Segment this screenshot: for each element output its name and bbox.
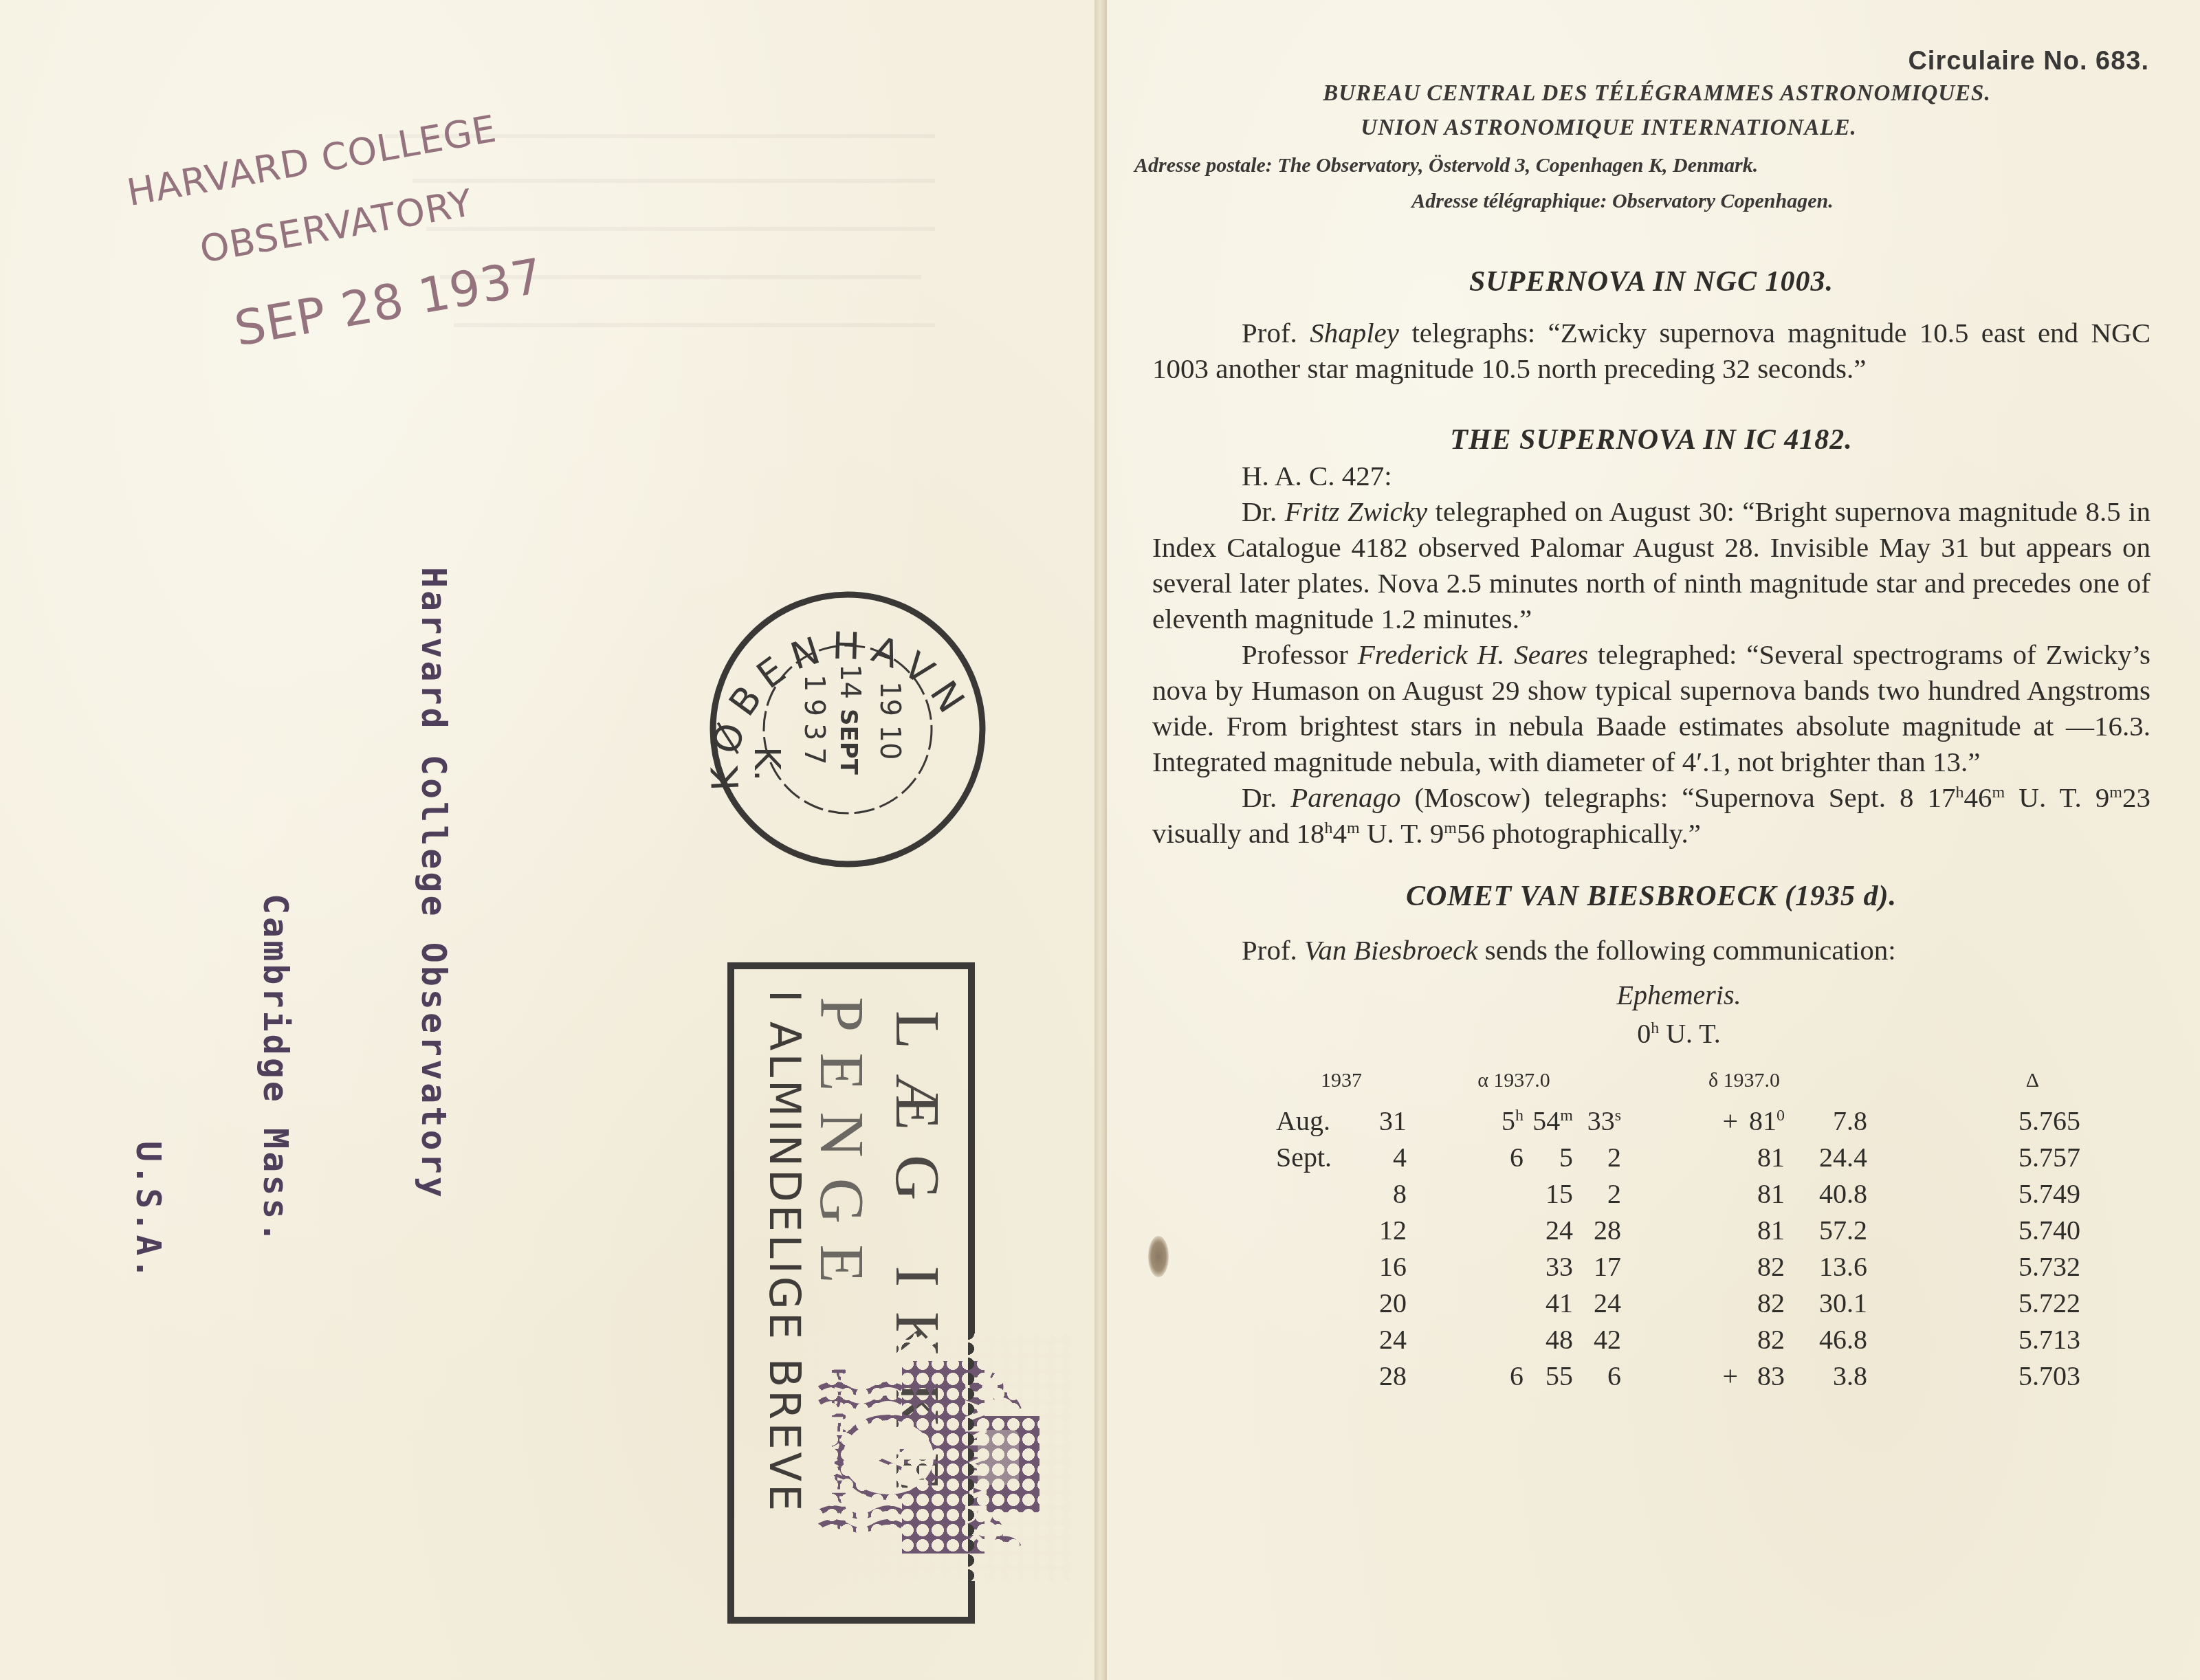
cell-ra-minutes-value: 55	[1545, 1360, 1573, 1391]
cell-day-value: 16	[1379, 1251, 1407, 1282]
cell-month: Aug.	[1276, 1103, 1358, 1139]
cell-dec-sign	[1621, 1285, 1743, 1321]
column-date: 1937	[1276, 1063, 1407, 1103]
circular-body: SUPERNOVA IN NGC 1003. Prof. Shapley tel…	[1152, 264, 2150, 1394]
cell-dec-degrees: 81	[1743, 1175, 1785, 1212]
cell-ra-hours	[1407, 1285, 1523, 1321]
cell-dec-degrees-value: 82	[1757, 1324, 1785, 1355]
cell-delta: 5.722	[1867, 1285, 2080, 1321]
unit-superscript: m	[1444, 819, 1457, 837]
section-title-comet: COMET VAN BIESBROECK (1935 d).	[1152, 878, 2150, 914]
cell-delta: 5.757	[1867, 1139, 2080, 1175]
cell-ra-seconds: 33s	[1573, 1103, 1621, 1139]
unit-superscript: 0	[1776, 1107, 1785, 1125]
postmark-month: SEPT	[835, 709, 862, 775]
cell-day: 4	[1358, 1139, 1407, 1175]
cell-ra-hours	[1407, 1212, 1523, 1248]
paragraph-zwicky: Dr. Fritz Zwicky telegraphed on August 3…	[1152, 494, 2150, 637]
cell-dec-arcmin: 24.4	[1785, 1139, 1867, 1175]
cell-ra-hours-value: 6	[1510, 1142, 1523, 1173]
copenhagen-postmark: KØBENHAVN 19 10 14 SEPT 1937 K.	[707, 588, 989, 870]
cell-dec-degrees: 82	[1743, 1248, 1785, 1285]
cell-ra-seconds: 42	[1573, 1321, 1621, 1358]
paragraph-seares: Professor Frederick H. Seares telegraphe…	[1152, 637, 2150, 780]
cell-month-value: Sept.	[1276, 1142, 1332, 1173]
epoch-value: 0	[1637, 1018, 1651, 1049]
cell-delta-value: 5.732	[2018, 1251, 2080, 1282]
cell-delta-value: 5.757	[2018, 1142, 2080, 1173]
cell-dec-arcmin-value: 57.2	[1819, 1215, 1867, 1246]
cell-dec-arcmin-value: 13.6	[1819, 1251, 1867, 1282]
cell-ra-hours: 6	[1407, 1139, 1523, 1175]
cell-dec-sign: +	[1621, 1103, 1743, 1139]
paragraph-text: 4	[1333, 817, 1347, 849]
cell-dec-degrees-value: 83	[1757, 1360, 1785, 1391]
unit-superscript: h	[1515, 1107, 1523, 1125]
slogan-line-2: PENGE	[806, 997, 879, 1303]
stamp-value: 7	[861, 1445, 918, 1476]
cell-dec-degrees-value: 81	[1757, 1215, 1785, 1246]
cell-dec-arcmin-value: 3.8	[1833, 1360, 1867, 1391]
union-title: UNION ASTRONOMIQUE INTERNATIONALE.	[1127, 115, 2090, 141]
cell-dec-arcmin: 30.1	[1785, 1285, 1867, 1321]
fold-line	[1094, 0, 1105, 1680]
postmark-day: 14	[834, 664, 866, 699]
cell-month-value: Aug.	[1276, 1105, 1330, 1136]
bureau-title: BUREAU CENTRAL DES TÉLÉGRAMMES ASTRONOMI…	[1134, 81, 2179, 107]
stamp-label: POSTFRIMÆRKE	[827, 1368, 848, 1531]
cell-ra-seconds: 2	[1573, 1139, 1621, 1175]
cell-day: 12	[1358, 1212, 1407, 1248]
postmark-icon: KØBENHAVN 19 10 14 SEPT 1937 K.	[707, 588, 989, 870]
unit-superscript: m	[1992, 784, 2005, 802]
cell-dec-degrees-value: 81	[1749, 1105, 1776, 1136]
cell-dec-sign	[1621, 1175, 1743, 1212]
cell-ra-seconds-value: 2	[1607, 1178, 1621, 1209]
ephemeris-row: 1224288157.25.740	[1276, 1212, 2080, 1248]
cell-ra-hours	[1407, 1248, 1523, 1285]
cell-delta: 5.703	[1867, 1358, 2080, 1394]
danish-wavy-line-stamp-icon: 7 DANMARK POSTFRIMÆRKE	[811, 1347, 1055, 1567]
paragraph-shapley: Prof. Shapley telegraphs: “Zwicky supern…	[1152, 315, 2150, 386]
unit-superscript: s	[1615, 1107, 1621, 1125]
column-dec: δ 1937.0	[1621, 1063, 1867, 1103]
paragraph-text: 56 photographically.”	[1457, 817, 1701, 849]
author-name: Van Biesbroeck	[1304, 934, 1477, 966]
ephemeris-row: 2041248230.15.722	[1276, 1285, 2080, 1321]
cell-ra-seconds-value: 33	[1587, 1105, 1615, 1136]
paragraph-text: 46	[1964, 782, 1992, 813]
ephemeris-table: 1937 α 1937.0 δ 1937.0 Δ Aug.315h54m33s+…	[1276, 1063, 2080, 1394]
author-name: Parenago	[1290, 782, 1400, 813]
cell-month	[1276, 1321, 1358, 1358]
cell-dec-degrees-value: 82	[1757, 1251, 1785, 1282]
paragraph-text: U. T. 9	[2005, 782, 2109, 813]
paragraph-text: U. T. 9	[1360, 817, 1444, 849]
ephemeris-header-row: 1937 α 1937.0 δ 1937.0 Δ	[1276, 1063, 2080, 1103]
unit-superscript: h	[1325, 819, 1333, 837]
cell-dec-degrees: 81	[1743, 1139, 1785, 1175]
cell-dec-sign-value: +	[1722, 1105, 1738, 1136]
cell-ra-minutes: 55	[1523, 1358, 1573, 1394]
cell-ra-hours: 5h	[1407, 1103, 1523, 1139]
cell-delta-value: 5.703	[2018, 1360, 2080, 1391]
epoch-label: U. T.	[1659, 1018, 1721, 1049]
cell-month	[1276, 1358, 1358, 1394]
cell-day: 31	[1358, 1103, 1407, 1139]
cell-dec-sign	[1621, 1139, 1743, 1175]
cell-dec-arcmin: 57.2	[1785, 1212, 1867, 1248]
paragraph-parenago: Dr. Parenago (Moscow) telegraphs: “Super…	[1152, 780, 2150, 851]
cell-dec-sign-value: +	[1722, 1360, 1738, 1391]
cell-dec-sign	[1621, 1248, 1743, 1285]
cell-dec-degrees: 810	[1743, 1103, 1785, 1139]
cell-dec-arcmin: 46.8	[1785, 1321, 1867, 1358]
cell-ra-minutes-value: 5	[1559, 1142, 1573, 1173]
author-name: Fritz Zwicky	[1285, 496, 1427, 527]
cell-ra-minutes-value: 33	[1545, 1251, 1573, 1282]
cell-dec-degrees-value: 81	[1757, 1178, 1785, 1209]
cell-dec-degrees: 83	[1743, 1358, 1785, 1394]
cell-ra-minutes-value: 41	[1545, 1287, 1573, 1318]
unit-superscript: m	[1560, 1107, 1573, 1125]
cell-ra-minutes: 48	[1523, 1321, 1573, 1358]
cell-dec-arcmin: 40.8	[1785, 1175, 1867, 1212]
author-name: Shapley	[1310, 317, 1399, 349]
cell-ra-seconds: 24	[1573, 1285, 1621, 1321]
cell-dec-degrees: 82	[1743, 1285, 1785, 1321]
cell-ra-minutes-value: 48	[1545, 1324, 1573, 1355]
cell-day-value: 4	[1393, 1142, 1407, 1173]
cell-delta: 5.740	[1867, 1212, 2080, 1248]
paragraph-prefix: Dr.	[1242, 782, 1277, 813]
unit-superscript: m	[1347, 819, 1360, 837]
cell-month: Sept.	[1276, 1139, 1358, 1175]
postal-address: Adresse postale: The Observatory, Österv…	[1114, 154, 2159, 177]
cell-ra-minutes: 41	[1523, 1285, 1573, 1321]
cell-day: 28	[1358, 1358, 1407, 1394]
cell-dec-arcmin-value: 46.8	[1819, 1324, 1867, 1355]
cell-ra-seconds: 28	[1573, 1212, 1621, 1248]
cell-day-value: 8	[1393, 1178, 1407, 1209]
cell-ra-minutes: 5	[1523, 1139, 1573, 1175]
ephemeris-row: 81528140.85.749	[1276, 1175, 2080, 1212]
cell-month	[1276, 1248, 1358, 1285]
cell-day-value: 24	[1379, 1324, 1407, 1355]
cell-ra-seconds-value: 24	[1594, 1287, 1621, 1318]
unit-superscript: m	[2109, 784, 2122, 802]
cell-day: 24	[1358, 1321, 1407, 1358]
section-title-ngc1003: SUPERNOVA IN NGC 1003.	[1152, 264, 2150, 300]
cell-ra-minutes-value: 15	[1545, 1178, 1573, 1209]
cell-day-value: 31	[1379, 1105, 1407, 1136]
cell-day-value: 12	[1379, 1215, 1407, 1246]
ephemeris-row: Sept.46528124.45.757	[1276, 1139, 2080, 1175]
cell-ra-seconds-value: 28	[1594, 1215, 1621, 1246]
cell-ra-hours-value: 5	[1501, 1105, 1515, 1136]
section-title-ic4182: THE SUPERNOVA IN IC 4182.	[1152, 422, 2150, 458]
cell-ra-minutes: 54m	[1523, 1103, 1573, 1139]
cell-ra-hours	[1407, 1321, 1523, 1358]
cell-delta-value: 5.765	[2018, 1105, 2080, 1136]
circular-number: Circulaire No. 683.	[1908, 47, 2149, 76]
cell-delta: 5.732	[1867, 1248, 2080, 1285]
postmark-year: 1937	[798, 674, 830, 772]
reference-hac: H. A. C. 427:	[1152, 458, 2150, 494]
show-through-text	[454, 323, 935, 327]
cell-ra-seconds-value: 42	[1594, 1324, 1621, 1355]
cell-delta-value: 5.749	[2018, 1178, 2080, 1209]
telegraphic-address: Adresse télégraphique: Observatory Copen…	[1141, 190, 2104, 213]
cell-delta: 5.765	[1867, 1103, 2080, 1139]
ephemeris-title: Ephemeris.	[1207, 977, 2150, 1013]
paragraph-text: sends the following communication:	[1485, 934, 1896, 966]
cell-day: 8	[1358, 1175, 1407, 1212]
cell-ra-seconds: 6	[1573, 1358, 1621, 1394]
cell-ra-seconds: 17	[1573, 1248, 1621, 1285]
paragraph-prefix: Dr.	[1242, 496, 1277, 527]
cell-ra-minutes: 15	[1523, 1175, 1573, 1212]
column-ra: α 1937.0	[1407, 1063, 1621, 1103]
postmark-time: 19 10	[874, 681, 905, 760]
postmark-district: K.	[746, 747, 787, 782]
cell-day-value: 20	[1379, 1287, 1407, 1318]
cell-dec-sign	[1621, 1321, 1743, 1358]
address-line-3: U.S.A.	[129, 1141, 168, 1282]
author-name: Frederick H. Seares	[1358, 639, 1588, 670]
cell-dec-sign: +	[1621, 1358, 1743, 1394]
ephemeris-row: 2448428246.85.713	[1276, 1321, 2080, 1358]
ephemeris-row: Aug.315h54m33s+8107.85.765	[1276, 1103, 2080, 1139]
address-line-1: Harvard College Observatory	[414, 567, 454, 1200]
cell-dec-degrees-value: 81	[1757, 1142, 1785, 1173]
cell-dec-degrees: 82	[1743, 1321, 1785, 1358]
cell-ra-seconds-value: 17	[1594, 1251, 1621, 1282]
paragraph-van-biesbroeck: Prof. Van Biesbroeck sends the following…	[1152, 932, 2150, 968]
cell-day: 20	[1358, 1285, 1407, 1321]
cell-ra-minutes: 24	[1523, 1212, 1573, 1248]
ephemeris-row: 286556+833.85.703	[1276, 1358, 2080, 1394]
cell-dec-arcmin-value: 7.8	[1833, 1105, 1867, 1136]
paragraph-prefix: Professor	[1242, 639, 1348, 670]
unit-superscript: h	[1651, 1019, 1659, 1037]
cell-delta-value: 5.713	[2018, 1324, 2080, 1355]
cell-month	[1276, 1175, 1358, 1212]
stamp-country: DANMARK	[958, 1375, 992, 1551]
paragraph-text: telegraphs: “Zwicky supernova magnitude …	[1152, 317, 2150, 384]
column-delta: Δ	[1867, 1063, 2080, 1103]
unit-superscript: h	[1956, 784, 1964, 802]
cell-dec-degrees-value: 82	[1757, 1287, 1785, 1318]
cell-delta-value: 5.722	[2018, 1287, 2080, 1318]
paragraph-prefix: Prof.	[1242, 317, 1297, 349]
cell-dec-arcmin: 13.6	[1785, 1248, 1867, 1285]
cell-dec-arcmin-value: 30.1	[1819, 1287, 1867, 1318]
cell-day: 16	[1358, 1248, 1407, 1285]
cell-ra-minutes: 33	[1523, 1248, 1573, 1285]
ephemeris-row: 1633178213.65.732	[1276, 1248, 2080, 1285]
cell-dec-arcmin: 7.8	[1785, 1103, 1867, 1139]
cell-dec-arcmin-value: 40.8	[1819, 1178, 1867, 1209]
paragraph-prefix: Prof.	[1242, 934, 1297, 966]
cell-ra-seconds-value: 2	[1607, 1142, 1621, 1173]
cell-dec-sign	[1621, 1212, 1743, 1248]
cell-month	[1276, 1285, 1358, 1321]
postage-stamp: 7 DANMARK POSTFRIMÆRKE	[802, 1334, 1070, 1581]
cell-day-value: 28	[1379, 1360, 1407, 1391]
cell-dec-arcmin-value: 24.4	[1819, 1142, 1867, 1173]
cell-dec-degrees: 81	[1743, 1212, 1785, 1248]
paragraph-text: (Moscow) telegraphs: “Supernova Sept. 8 …	[1415, 782, 1956, 813]
cell-delta-value: 5.740	[2018, 1215, 2080, 1246]
cell-ra-seconds-value: 6	[1607, 1360, 1621, 1391]
ephemeris-epoch: 0h U. T.	[1207, 1016, 2150, 1052]
cell-delta: 5.713	[1867, 1321, 2080, 1358]
cell-ra-minutes-value: 24	[1545, 1215, 1573, 1246]
cell-ra-hours-value: 6	[1510, 1360, 1523, 1391]
cell-delta: 5.749	[1867, 1175, 2080, 1212]
cell-ra-seconds: 2	[1573, 1175, 1621, 1212]
cell-ra-minutes-value: 54	[1532, 1105, 1560, 1136]
cell-ra-hours	[1407, 1175, 1523, 1212]
cell-ra-hours: 6	[1407, 1358, 1523, 1394]
cell-month	[1276, 1212, 1358, 1248]
cell-dec-arcmin: 3.8	[1785, 1358, 1867, 1394]
address-line-2: Cambridge Mass.	[256, 894, 296, 1246]
